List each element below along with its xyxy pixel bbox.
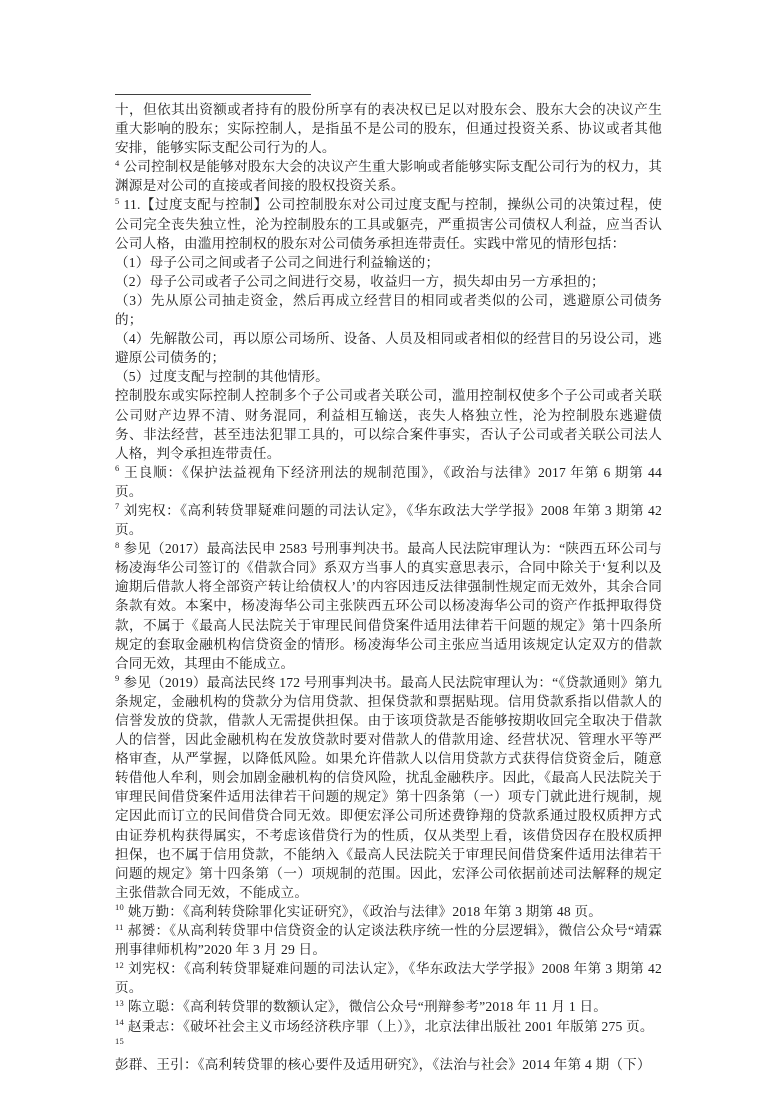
footnote-14: 14赵秉志：《破坏社会主义市场经济秩序罪（上）》，北京法律出版社 2001 年版… xyxy=(115,1017,662,1036)
footnote-text: 11.【过度支配与控制】公司控制股东对公司过度支配与控制，操纵公司的决策过程，使… xyxy=(115,197,662,250)
footnote-5-item-4: （4）先解散公司，再以原公司场所、设备、人员及相同或者相似的经营目的另设公司，逃… xyxy=(115,329,662,367)
footnote-5-item-3: （3）先从原公司抽走资金，然后再成立经营目的相同或者类似的公司，逃避原公司债务的… xyxy=(115,291,662,329)
footnote-text: 陈立聪：《高利转贷罪的数额认定》，微信公众号“刑辩参考”2018 年 11 月 … xyxy=(128,999,607,1014)
footnote-marker: 14 xyxy=(115,1017,124,1027)
footnote-text: 参见（2019）最高法民终 172 号刑事判决书。最高人民法院审理认为：“《贷款… xyxy=(115,675,662,900)
footnote-text: （2）母子公司或者子公司之间进行交易，收益归一方，损失却由另一方承担的； xyxy=(115,274,605,289)
footnote-text: （3）先从原公司抽走资金，然后再成立经营目的相同或者类似的公司，逃避原公司债务的… xyxy=(115,293,662,327)
footnote-text: 刘宪权：《高利转贷罪疑难问题的司法认定》，《华东政法大学学报》2008 年第 3… xyxy=(115,503,662,537)
footnotes-section: 十，但依其出资额或者持有的股份所享有的表决权已足以对股东会、股东大会的决议产生重… xyxy=(115,94,662,1074)
footnote-text: 刘宪权：《高利转贷罪疑难问题的司法认定》，《华东政法大学学报》2008 年第 3… xyxy=(115,961,662,995)
footnote-text: 公司控制权是能够对股东大会的决议产生重大影响或者能够实际支配公司行为的权力，其渊… xyxy=(115,159,662,193)
footnote-marker: 12 xyxy=(115,960,124,970)
footnote-marker: 10 xyxy=(115,902,124,912)
footnote-8: 8参见（2017）最高法民申 2583 号刑事判决书。最高人民法院审理认为：“陕… xyxy=(115,539,662,673)
footnote-text: 王良顺：《保护法益视角下经济刑法的规制范围》，《政治与法律》2017 年第 6 … xyxy=(115,465,662,499)
footnote-marker: 11 xyxy=(115,922,124,932)
footnote-marker: 4 xyxy=(115,158,119,168)
footnote-12: 12刘宪权：《高利转贷罪疑难问题的司法认定》，《华东政法大学学报》2008 年第… xyxy=(115,959,662,997)
footnote-5-item-5: （5）过度支配与控制的其他情形。 xyxy=(115,367,662,386)
footnote-marker: 7 xyxy=(115,501,119,511)
footnote-7: 7刘宪权：《高利转贷罪疑难问题的司法认定》，《华东政法大学学报》2008 年第 … xyxy=(115,501,662,539)
footnote-5-item-1: （1）母子公司之间或者子公司之间进行利益输送的； xyxy=(115,253,662,272)
footnote-marker: 5 xyxy=(115,196,119,206)
footnote-text: 姚万勤：《高利转贷除罪化实证研究》，《政治与法律》2018 年第 3 期第 48… xyxy=(128,904,602,919)
footnote-marker: 13 xyxy=(115,998,124,1008)
footnote-4: 4公司控制权是能够对股东大会的决议产生重大影响或者能够实际支配公司行为的权力，其… xyxy=(115,157,662,195)
footnote-text: 郝赟：《从高利转贷罪中信贷资金的认定谈法秩序统一性的分层逻辑》，微信公众号“靖霖… xyxy=(115,923,662,957)
footnote-text: （4）先解散公司，再以原公司场所、设备、人员及相同或者相似的经营目的另设公司，逃… xyxy=(115,331,662,365)
footnote-5-closing: 控制股东或实际控制人控制多个子公司或者关联公司，滥用控制权使多个子公司或者关联公… xyxy=(115,386,662,462)
footnote-separator-line xyxy=(115,94,311,95)
footnote-marker: 6 xyxy=(115,463,119,473)
footnote-marker: 8 xyxy=(115,540,119,550)
footnote-10: 10姚万勤：《高利转贷除罪化实证研究》，《政治与法律》2018 年第 3 期第 … xyxy=(115,902,662,921)
footnote-marker: 15 xyxy=(115,1036,124,1046)
footnote-15: 15彭群、王引：《高利转贷罪的核心要件及适用研究》，《法治与社会》2014 年第… xyxy=(115,1036,662,1074)
footnote-11: 11郝赟：《从高利转贷罪中信贷资金的认定谈法秩序统一性的分层逻辑》，微信公众号“… xyxy=(115,921,662,959)
footnote-5-item-2: （2）母子公司或者子公司之间进行交易，收益归一方，损失却由另一方承担的； xyxy=(115,272,662,291)
document-page: 十，但依其出资额或者持有的股份所享有的表决权已足以对股东会、股东大会的决议产生重… xyxy=(0,0,774,1094)
footnote-text: 控制股东或实际控制人控制多个子公司或者关联公司，滥用控制权使多个子公司或者关联公… xyxy=(115,388,662,460)
footnote-marker: 9 xyxy=(115,673,119,683)
footnote-continuation: 十，但依其出资额或者持有的股份所享有的表决权已足以对股东会、股东大会的决议产生重… xyxy=(115,100,662,157)
footnote-text: 参见（2017）最高法民申 2583 号刑事判决书。最高人民法院审理认为：“陕西… xyxy=(115,541,662,671)
footnote-text: 赵秉志：《破坏社会主义市场经济秩序罪（上）》，北京法律出版社 2001 年版第 … xyxy=(128,1019,654,1034)
footnote-13: 13陈立聪：《高利转贷罪的数额认定》，微信公众号“刑辩参考”2018 年 11 … xyxy=(115,997,662,1016)
footnote-text: 十，但依其出资额或者持有的股份所享有的表决权已足以对股东会、股东大会的决议产生重… xyxy=(115,102,662,155)
footnote-text: （5）过度支配与控制的其他情形。 xyxy=(115,369,329,384)
footnote-9: 9参见（2019）最高法民终 172 号刑事判决书。最高人民法院审理认为：“《贷… xyxy=(115,673,662,902)
footnote-text: （1）母子公司之间或者子公司之间进行利益输送的； xyxy=(115,255,439,270)
footnote-6: 6王良顺：《保护法益视角下经济刑法的规制范围》，《政治与法律》2017 年第 6… xyxy=(115,463,662,501)
footnote-5-intro: 511.【过度支配与控制】公司控制股东对公司过度支配与控制，操纵公司的决策过程，… xyxy=(115,195,662,252)
footnote-text: 彭群、王引：《高利转贷罪的核心要件及适用研究》，《法治与社会》2014 年第 4… xyxy=(115,1057,651,1072)
